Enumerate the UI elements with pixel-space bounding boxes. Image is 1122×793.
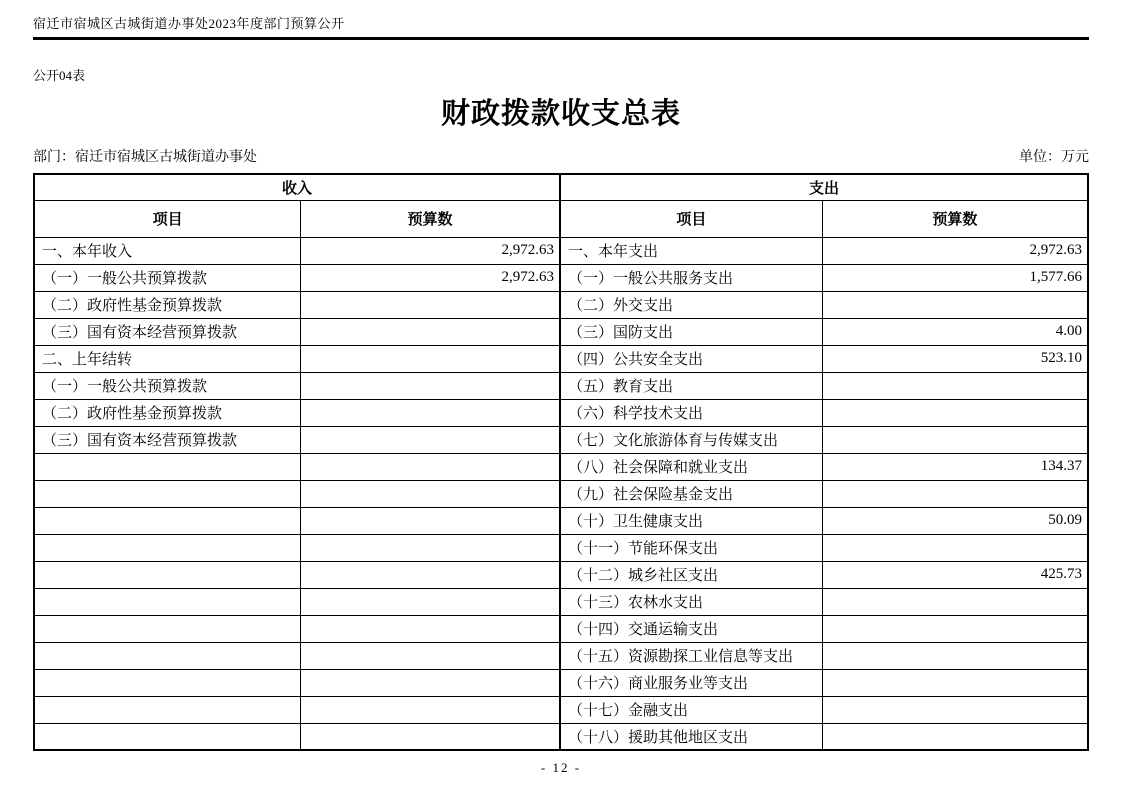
table-row: （十八）援助其他地区支出 <box>34 723 1088 750</box>
income-budget-cell <box>301 318 560 345</box>
expense-item-cell: （一）一般公共服务支出 <box>560 264 822 291</box>
income-item-cell: （二）政府性基金预算拨款 <box>34 291 301 318</box>
expense-budget-cell <box>822 480 1088 507</box>
expense-item-cell: 一、本年支出 <box>560 237 822 264</box>
expense-budget-cell <box>822 669 1088 696</box>
expense-item-cell: （七）文化旅游体育与传媒支出 <box>560 426 822 453</box>
page-number: - 12 - <box>0 760 1122 776</box>
income-budget-cell <box>301 372 560 399</box>
expense-budget-cell: 523.10 <box>822 345 1088 372</box>
income-budget-cell: 2,972.63 <box>301 264 560 291</box>
expense-item-cell: （十七）金融支出 <box>560 696 822 723</box>
income-budget-cell <box>301 291 560 318</box>
expense-budget-cell <box>822 588 1088 615</box>
table-row: （三）国有资本经营预算拨款 （三）国防支出 4.00 <box>34 318 1088 345</box>
income-item-cell <box>34 561 301 588</box>
department-label: 部门：宿迁市宿城区古城街道办事处 <box>33 146 257 166</box>
expense-budget-cell <box>822 615 1088 642</box>
expense-budget-cell: 134.37 <box>822 453 1088 480</box>
expense-budget-cell <box>822 372 1088 399</box>
income-budget-cell <box>301 534 560 561</box>
income-budget-cell <box>301 453 560 480</box>
expense-budget-cell: 425.73 <box>822 561 1088 588</box>
income-budget-cell <box>301 615 560 642</box>
expense-item-cell: （三）国防支出 <box>560 318 822 345</box>
expense-budget-cell <box>822 426 1088 453</box>
income-budget-cell <box>301 507 560 534</box>
expense-budget-header: 预算数 <box>822 200 1088 237</box>
income-item-cell: 二、上年结转 <box>34 345 301 372</box>
income-item-cell: （二）政府性基金预算拨款 <box>34 399 301 426</box>
expense-budget-cell: 50.09 <box>822 507 1088 534</box>
expense-item-cell: （十）卫生健康支出 <box>560 507 822 534</box>
income-item-cell <box>34 723 301 750</box>
expense-item-cell: （十八）援助其他地区支出 <box>560 723 822 750</box>
expense-item-cell: （九）社会保险基金支出 <box>560 480 822 507</box>
expense-item-cell: （五）教育支出 <box>560 372 822 399</box>
income-item-cell <box>34 534 301 561</box>
income-budget-cell <box>301 588 560 615</box>
table-row: （一）一般公共预算拨款 （五）教育支出 <box>34 372 1088 399</box>
income-budget-cell <box>301 696 560 723</box>
table-row: （十七）金融支出 <box>34 696 1088 723</box>
table-row: （二）政府性基金预算拨款 （六）科学技术支出 <box>34 399 1088 426</box>
page-content: 宿迁市宿城区古城街道办事处2023年度部门预算公开 公开04表 财政拨款收支总表… <box>0 0 1122 751</box>
column-header-row: 项目 预算数 项目 预算数 <box>34 200 1088 237</box>
table-row: （三）国有资本经营预算拨款 （七）文化旅游体育与传媒支出 <box>34 426 1088 453</box>
table-number-label: 公开04表 <box>33 65 1089 84</box>
table-row: （二）政府性基金预算拨款 （二）外交支出 <box>34 291 1088 318</box>
table-row: 一、本年收入 2,972.63 一、本年支出 2,972.63 <box>34 237 1088 264</box>
income-budget-cell <box>301 561 560 588</box>
expense-item-cell: （十一）节能环保支出 <box>560 534 822 561</box>
income-item-cell <box>34 453 301 480</box>
income-item-cell: 一、本年收入 <box>34 237 301 264</box>
income-budget-cell <box>301 426 560 453</box>
expense-budget-cell: 2,972.63 <box>822 237 1088 264</box>
table-row: （九）社会保险基金支出 <box>34 480 1088 507</box>
income-item-cell <box>34 507 301 534</box>
table-row: （十六）商业服务业等支出 <box>34 669 1088 696</box>
income-item-cell: （三）国有资本经营预算拨款 <box>34 426 301 453</box>
table-row: （十四）交通运输支出 <box>34 615 1088 642</box>
income-item-header: 项目 <box>34 200 301 237</box>
table-row: （十一）节能环保支出 <box>34 534 1088 561</box>
income-budget-cell <box>301 669 560 696</box>
expense-budget-cell <box>822 291 1088 318</box>
income-item-cell <box>34 642 301 669</box>
budget-summary-table: 收入 支出 项目 预算数 项目 预算数 一、本年收入 2,972.63 一、本年… <box>33 173 1089 751</box>
income-group-header: 收入 <box>34 174 560 200</box>
expense-budget-cell <box>822 696 1088 723</box>
expense-budget-cell: 1,577.66 <box>822 264 1088 291</box>
income-item-cell: （三）国有资本经营预算拨款 <box>34 318 301 345</box>
expense-item-cell: （八）社会保障和就业支出 <box>560 453 822 480</box>
table-row: （十三）农林水支出 <box>34 588 1088 615</box>
income-item-cell <box>34 588 301 615</box>
expense-item-cell: （十六）商业服务业等支出 <box>560 669 822 696</box>
expense-item-cell: （六）科学技术支出 <box>560 399 822 426</box>
table-row: （一）一般公共预算拨款 2,972.63 （一）一般公共服务支出 1,577.6… <box>34 264 1088 291</box>
income-item-cell: （一）一般公共预算拨款 <box>34 264 301 291</box>
table-row: （十二）城乡社区支出 425.73 <box>34 561 1088 588</box>
meta-row: 部门：宿迁市宿城区古城街道办事处 单位：万元 <box>33 146 1089 166</box>
expense-item-cell: （十二）城乡社区支出 <box>560 561 822 588</box>
table-row: （十）卫生健康支出 50.09 <box>34 507 1088 534</box>
expense-item-cell: （四）公共安全支出 <box>560 345 822 372</box>
expense-group-header: 支出 <box>560 174 1088 200</box>
expense-item-cell: （十三）农林水支出 <box>560 588 822 615</box>
expense-budget-cell: 4.00 <box>822 318 1088 345</box>
table-row: （八）社会保障和就业支出 134.37 <box>34 453 1088 480</box>
income-item-cell <box>34 480 301 507</box>
income-budget-cell <box>301 480 560 507</box>
income-item-cell: （一）一般公共预算拨款 <box>34 372 301 399</box>
table-row: 二、上年结转 （四）公共安全支出 523.10 <box>34 345 1088 372</box>
income-item-cell <box>34 615 301 642</box>
income-budget-cell <box>301 399 560 426</box>
income-item-cell <box>34 669 301 696</box>
unit-label: 单位：万元 <box>1019 146 1089 166</box>
table-row: （十五）资源勘探工业信息等支出 <box>34 642 1088 669</box>
income-budget-cell <box>301 345 560 372</box>
expense-budget-cell <box>822 723 1088 750</box>
income-budget-cell: 2,972.63 <box>301 237 560 264</box>
expense-item-cell: （十四）交通运输支出 <box>560 615 822 642</box>
income-budget-header: 预算数 <box>301 200 560 237</box>
income-budget-cell <box>301 723 560 750</box>
expense-item-header: 项目 <box>560 200 822 237</box>
expense-item-cell: （十五）资源勘探工业信息等支出 <box>560 642 822 669</box>
expense-budget-cell <box>822 642 1088 669</box>
income-item-cell <box>34 696 301 723</box>
expense-budget-cell <box>822 534 1088 561</box>
expense-budget-cell <box>822 399 1088 426</box>
expense-item-cell: （二）外交支出 <box>560 291 822 318</box>
group-header-row: 收入 支出 <box>34 174 1088 200</box>
page-title: 财政拨款收支总表 <box>33 91 1089 132</box>
income-budget-cell <box>301 642 560 669</box>
document-header: 宿迁市宿城区古城街道办事处2023年度部门预算公开 <box>33 0 1089 40</box>
